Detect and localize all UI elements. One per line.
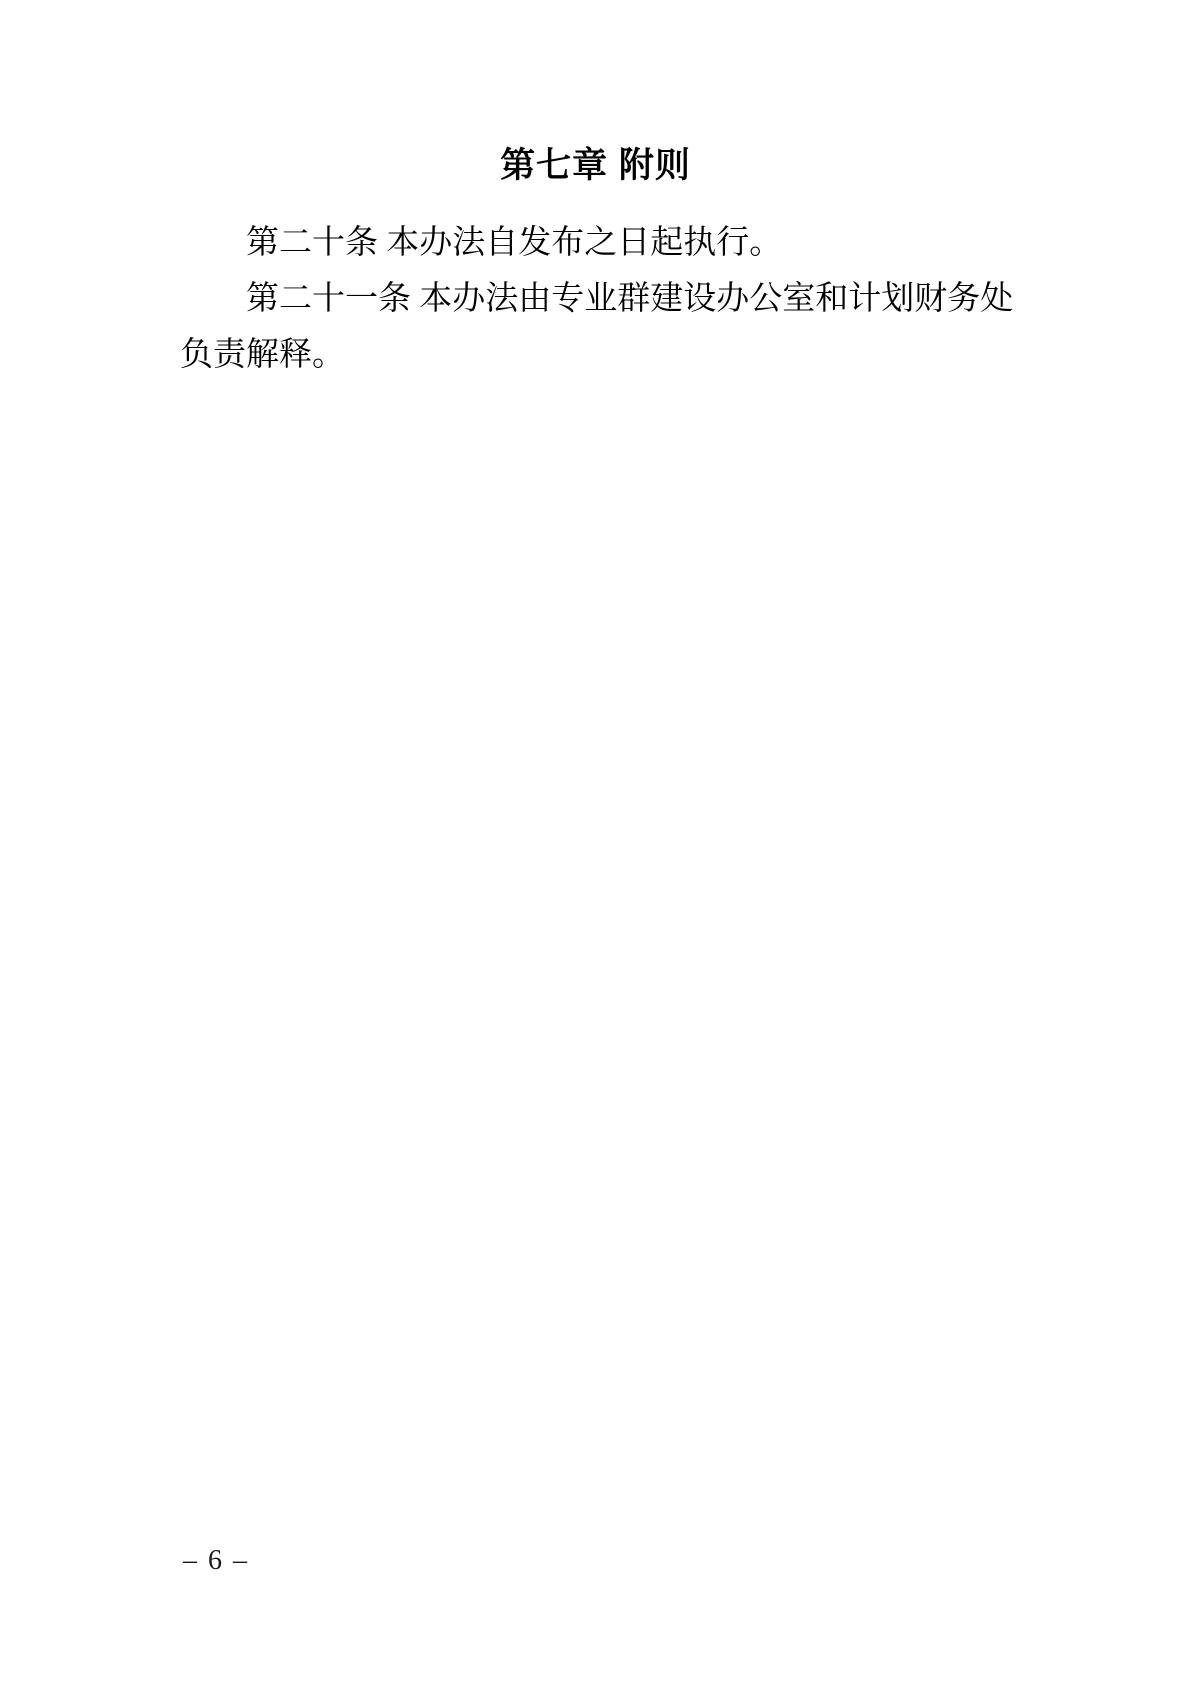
page-number: – 6 – (183, 1541, 249, 1581)
document-body: 第二十条 本办法自发布之日起执行。 第二十一条 本办法由专业群建设办公室和计划财… (180, 215, 1025, 383)
paragraph-article-21-line-1: 第二十一条 本办法由专业群建设办公室和计划财务处 (180, 271, 1025, 327)
document-page: 第七章 附则 第二十条 本办法自发布之日起执行。 第二十一条 本办法由专业群建设… (0, 0, 1191, 1684)
chapter-heading: 第七章 附则 (0, 142, 1191, 190)
paragraph-article-20-line-1: 第二十条 本办法自发布之日起执行。 (180, 215, 1025, 271)
paragraph-article-21-line-2: 负责解释。 (180, 327, 1025, 383)
